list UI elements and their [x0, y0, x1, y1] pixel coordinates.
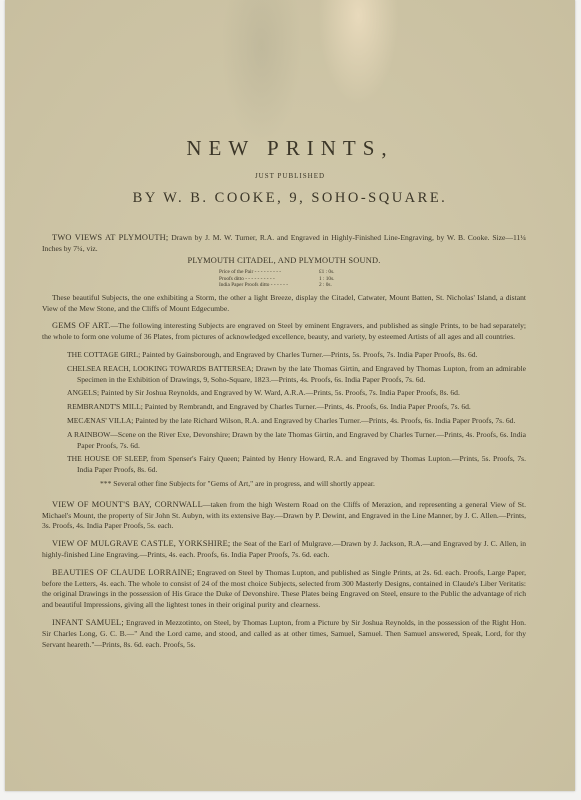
printed-page: NEW PRINTS, JUST PUBLISHED BY W. B. COOK…: [5, 0, 575, 791]
list-item: ANGELS; Painted by Sir Joshua Reynolds, …: [67, 388, 526, 399]
list-item: A RAINBOW—Scene on the River Exe, Devons…: [67, 430, 526, 452]
list-item: BEAUTIES OF CLAUDE LORRAINE; Engraved on…: [42, 568, 526, 611]
price-table: Price of the Pair - - - - - - - - -£1 : …: [219, 269, 349, 289]
list-item: INFANT SAMUEL; Engraved in Mezzotinto, o…: [42, 618, 526, 650]
list-item: THE HOUSE OF SLEEP, from Spenser's Fairy…: [67, 454, 526, 476]
list-item: VIEW OF MOUNT'S BAY, CORNWALL—taken from…: [42, 500, 526, 532]
entry-text: —The following interesting Subjects are …: [42, 321, 526, 341]
plymouth-entry: TWO VIEWS AT PLYMOUTH; Drawn by J. M. W.…: [42, 233, 526, 314]
views-title: PLYMOUTH CITADEL, AND PLYMOUTH SOUND.: [42, 256, 526, 267]
page-title: NEW PRINTS,: [5, 136, 575, 161]
list-item: THE COTTAGE GIRL; Painted by Gainsboroug…: [67, 350, 526, 361]
list-item: CHELSEA REACH, LOOKING TOWARDS BATTERSEA…: [67, 364, 526, 386]
entry-heading: GEMS OF ART.: [52, 321, 111, 330]
entry-heading: TWO VIEWS AT PLYMOUTH;: [52, 233, 168, 242]
page-subtitle: JUST PUBLISHED: [5, 172, 575, 180]
advertisement-body: TWO VIEWS AT PLYMOUTH; Drawn by J. M. W.…: [42, 233, 526, 657]
list-item: VIEW OF MULGRAVE CASTLE, YORKSHIRE; the …: [42, 539, 526, 561]
gems-note: *** Several other fine Subjects for "Gem…: [100, 479, 526, 490]
list-item: MECÆNAS' VILLA; Painted by the late Rich…: [67, 416, 526, 427]
list-item: REMBRANDT'S MILL; Painted by Rembrandt, …: [67, 402, 526, 413]
price-row: India Paper Proofs ditto - - - - - -2 : …: [219, 282, 349, 289]
plymouth-description: These beautiful Subjects, the one exhibi…: [42, 293, 526, 315]
publisher-line: BY W. B. COOKE, 9, SOHO-SQUARE.: [5, 190, 575, 207]
gems-of-art-entry: GEMS OF ART.—The following interesting S…: [42, 321, 526, 343]
